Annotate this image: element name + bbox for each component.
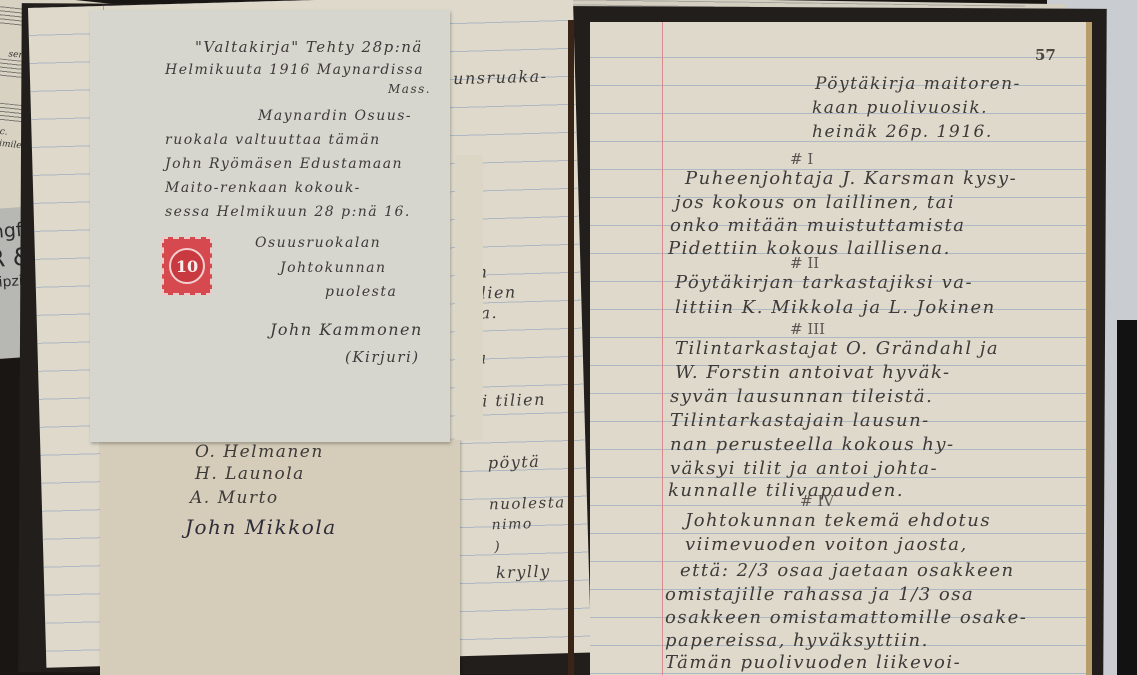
- page-text-fragment: nuolesta: [489, 493, 566, 513]
- proxy-letter: "Valtakirja" Tehty 28p:nä Helmikuuta 191…: [90, 10, 450, 442]
- minutes-line: Tämän puolivuoden liikevoi-: [665, 652, 961, 673]
- minutes-line: nan perusteella kokous hy-: [670, 434, 955, 455]
- page-text-fragment: unsruaka-: [453, 67, 548, 89]
- letter-signature-title: (Kirjuri): [345, 348, 420, 366]
- letter-body-line: Maynardin Osuus-: [258, 108, 412, 124]
- letter-closing-line: puolesta: [325, 284, 397, 300]
- minutes-date: heinäk 26p. 1916.: [812, 122, 993, 142]
- section-mark: # III: [790, 320, 825, 338]
- letter-closing-line: Osuusruokalan: [255, 235, 381, 251]
- letter-date: Helmikuuta 1916 Maynardissa: [165, 62, 424, 78]
- minutes-heading: kaan puolivuosik.: [812, 98, 988, 118]
- minutes-line: Johtokunnan tekemä ehdotus: [685, 510, 991, 531]
- envelope-insert: O. Helmanen H. Launola A. Murto John Mik…: [100, 440, 460, 675]
- minutes-line: omistajille rahassa ja 1/3 osa: [665, 584, 974, 605]
- signature: John Mikkola: [185, 515, 337, 539]
- revenue-stamp: 10: [162, 237, 212, 295]
- minutes-line: Tilintarkastajat O. Grändahl ja: [675, 338, 999, 359]
- minutes-line: onko mitään muistuttamista: [670, 215, 965, 236]
- section-mark: # I: [790, 150, 813, 168]
- letter-body-line: ruokala valtuuttaa tämän: [165, 132, 381, 148]
- page-text-fragment: ): [494, 539, 501, 555]
- minutes-line: Pöytäkirjan tarkastajiksi va-: [675, 272, 973, 293]
- letter-signature: John Kammonen: [270, 320, 423, 339]
- minutes-line: osakkeen omistamattomille osake-: [665, 607, 1027, 628]
- letter-place: Mass.: [388, 82, 431, 96]
- minutes-line: kunnalle tilivapauden.: [668, 480, 904, 501]
- minutes-line: Puheenjohtaja J. Karsman kysy-: [685, 168, 1017, 189]
- letter-body-line: John Ryömäsen Edustamaan: [165, 156, 403, 172]
- letter-body-line: Maito-renkaan kokouk-: [165, 180, 361, 196]
- signature: O. Helmanen: [195, 442, 324, 462]
- letter-title: "Valtakirja" Tehty 28p:nä: [195, 38, 423, 56]
- stamp-value: 10: [176, 257, 198, 276]
- minutes-line: että: 2/3 osaa jaetaan osakkeen: [680, 560, 1015, 581]
- minutes-line: littiin K. Mikkola ja L. Jokinen: [675, 297, 996, 318]
- page-text-fragment: nimo: [491, 516, 533, 533]
- minutes-line: syvän lausunnan tileistä.: [670, 386, 933, 407]
- letter-body-line: sessa Helmikuun 28 p:nä 16.: [165, 204, 411, 220]
- section-mark: # IV: [800, 492, 834, 510]
- score-pedal-mark: Ped. simile: [0, 136, 22, 151]
- letter-closing-line: Johtokunnan: [280, 260, 387, 276]
- minutes-line: jos kokous on laillinen, tai: [675, 192, 955, 213]
- right-page: 57 Pöytäkirja maitoren- kaan puolivuosik…: [590, 22, 1092, 675]
- page-number: 57: [1035, 46, 1056, 64]
- signature: H. Launola: [195, 464, 305, 484]
- minutes-line: Tilintarkastajain lausun-: [670, 410, 930, 431]
- score-instrument: Vlc.: [0, 126, 8, 138]
- signature: A. Murto: [190, 488, 279, 508]
- book-spine: [568, 20, 574, 675]
- minutes-line: W. Forstin antoivat hyväk-: [675, 362, 951, 383]
- page-text-fragment: krylly: [496, 562, 551, 583]
- minutes-line: väksyi tilit ja antoi johta-: [670, 458, 938, 479]
- stamp-medallion: 10: [169, 248, 205, 284]
- letter-edge: [455, 155, 483, 440]
- minutes-line: papereissa, hyväksyttiin.: [665, 630, 929, 651]
- section-mark: # II: [790, 254, 819, 272]
- page-text-fragment: pöytä: [488, 452, 541, 472]
- dark-object: [1117, 320, 1137, 675]
- minutes-line: viimevuoden voiton jaosta,: [685, 534, 968, 555]
- minutes-heading: Pöytäkirja maitoren-: [815, 74, 1021, 94]
